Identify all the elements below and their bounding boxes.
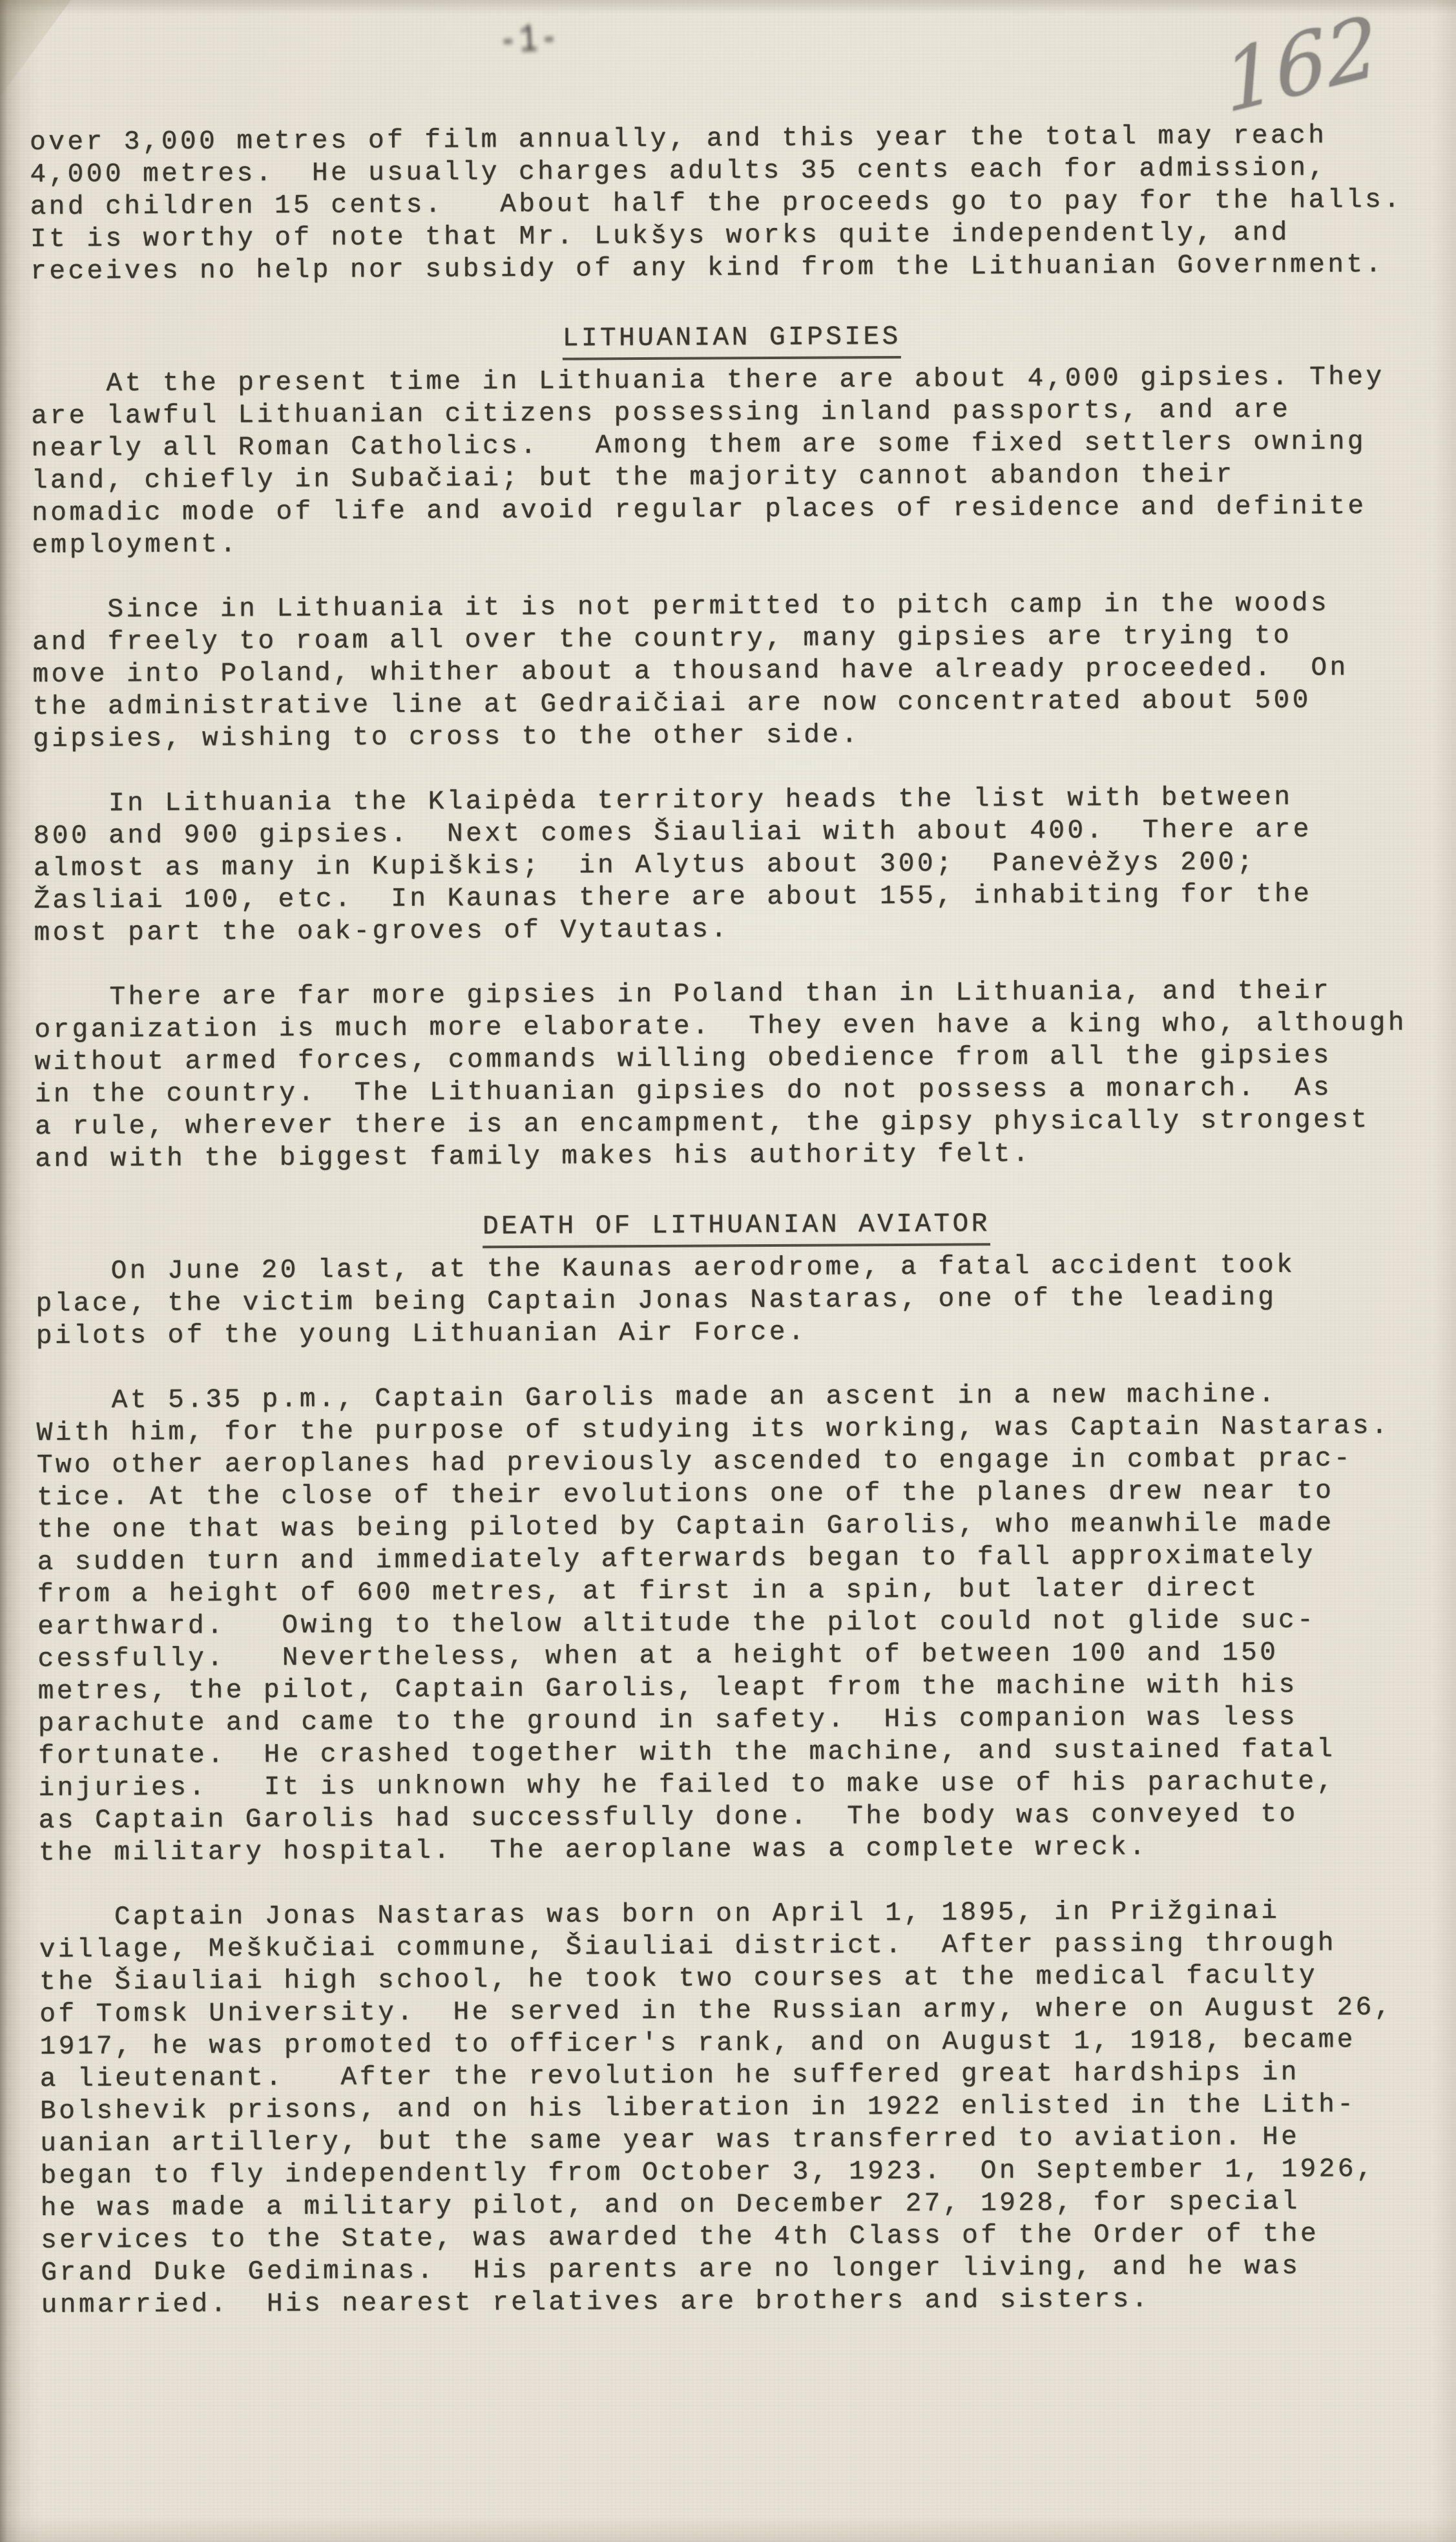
paragraph-aviator-accident-details: At 5.35 p.m., Captain Garolis made an as… <box>36 1378 1440 1870</box>
handwritten-page-number: 162 <box>1219 0 1382 132</box>
document-text-block: over 3,000 metres of film annually, and … <box>30 120 1443 2322</box>
paragraph-aviator-biography: Captain Jonas Nastaras was born on April… <box>39 1895 1442 2322</box>
section-heading-lithuanian-gipsies: LITHUANIAN GIPSIES <box>31 318 1433 363</box>
paragraph-gipsies-migration: Since in Lithuania it is not permitted t… <box>32 587 1435 756</box>
paragraph-gipsies-overview: At the present time in Lithuania there a… <box>31 361 1434 562</box>
paragraph-film-continuation: over 3,000 metres of film annually, and … <box>30 120 1432 288</box>
section-heading-lithuanian-gipsies-text: LITHUANIAN GIPSIES <box>563 321 901 360</box>
section-heading-death-of-aviator: DEATH OF LITHUANIAN AVIATOR <box>36 1206 1437 1251</box>
smudged-typed-page-mark: -1- <box>497 17 561 64</box>
paragraph-gipsies-poland-comparison: There are far more gipsies in Poland tha… <box>34 975 1437 1176</box>
scanned-document-page: -1- 162 over 3,000 metres of film annual… <box>0 0 1456 2542</box>
section-heading-death-of-aviator-text: DEATH OF LITHUANIAN AVIATOR <box>483 1208 990 1248</box>
paragraph-gipsies-distribution: In Lithuania the Klaipėda territory head… <box>33 781 1435 950</box>
torn-corner-shading <box>0 0 71 97</box>
paragraph-aviator-accident-summary: On June 20 last, at the Kaunas aerodrome… <box>36 1249 1438 1353</box>
